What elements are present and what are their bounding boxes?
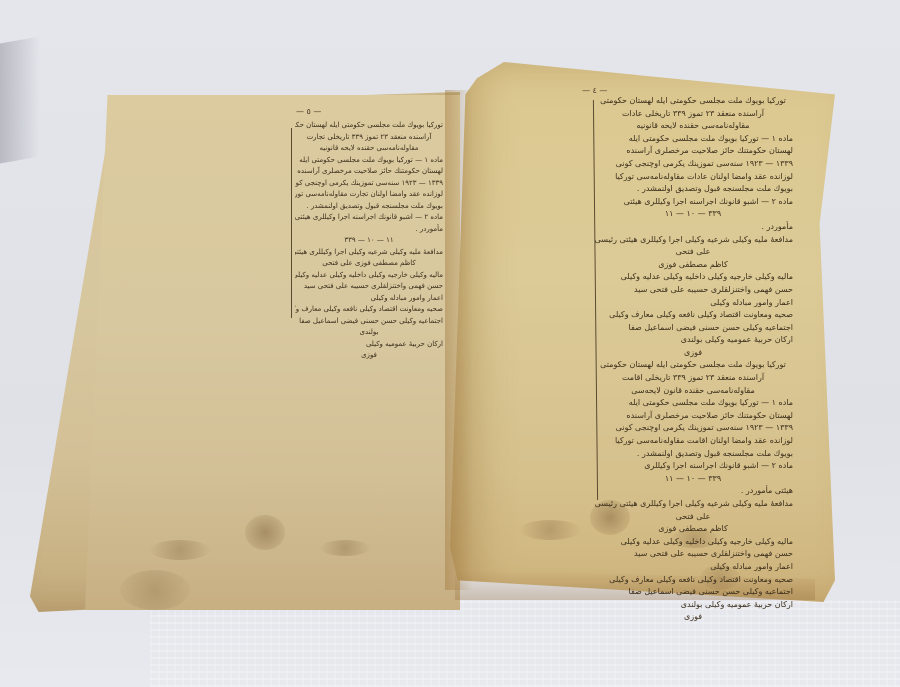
text-line: آراسنده منعقد ٢٣ تموز ٣٣٩ تاريخلى عادات xyxy=(593,108,793,121)
text-line: بويوك ملت مجلسنجه قبول وتصديق اولنمشدر . xyxy=(593,448,793,461)
text-line: لهستان حكومتنك حائز صلاحيت مرخصلرى آراسن… xyxy=(593,410,793,423)
left-page-text: توركيا بويوك ملت مجلسى حكومتى ايله لهستا… xyxy=(295,120,443,362)
text-line: ماده ١ — توركيا بويوك ملت مجلسى حكومتى ا… xyxy=(593,397,793,410)
left-page-number: — ٥ — xyxy=(296,107,321,116)
text-line: ماده ٢ — اشبو قانونك اجراسنه اجرا وكيللر… xyxy=(295,212,443,224)
signature-line: حسن فهمى واختنزلقلرى حسيبه على فتحى سيد xyxy=(295,281,443,293)
signature-line: صحيه ومعاونت اقتصاد وكيلى نافعه وكيلى مع… xyxy=(593,309,793,322)
text-line: لوزانده عقد وامضا اولنان عادات مقاوله‌نا… xyxy=(593,171,793,184)
text-line: هيئتى مأموردر . xyxy=(593,485,793,498)
text-line: ماده ١ — توركيا بويوك ملت مجلسى حكومتى ا… xyxy=(593,133,793,146)
text-line: مقاوله‌نامه‌سى حقنده لايحه قانونيه xyxy=(593,120,793,133)
text-line: توركيا بويوك ملت مجلسى حكومتى ايله لهستا… xyxy=(295,120,443,132)
signature-line: اجتماعيه وكيلى حسن حسنى فيضى اسماعيل صفا xyxy=(593,586,793,599)
water-stain xyxy=(120,570,190,610)
signature-line: حسن فهمى واختنزلقلرى حسيبه على فتحى سيد xyxy=(593,284,793,297)
signature-line: مدافعهٔ مليه وكيلى شرعيه وكيلى اجرا وكيل… xyxy=(295,247,443,259)
right-page-text: توركيا بويوك ملت مجلسى حكومتى ايله لهستا… xyxy=(593,95,793,624)
signature-line: اركان حربيهٔ عموميه وكيلى xyxy=(295,339,443,351)
signature-line: فوزى xyxy=(593,347,793,360)
text-line: آراسنده منعقد ٢٣ تموز ٣٣٩ تاريخلى تجارت xyxy=(295,132,443,144)
date-line: ٣٣٩ — ١٠ — ١١ xyxy=(593,473,793,486)
signature-line: اجتماعيه وكيلى حسن حسنى فيضى اسماعيل صفا xyxy=(295,316,443,328)
text-line: آراسنده منعقد ٢٣ تموز ٣٣٩ تاريخلى اقامت xyxy=(593,372,793,385)
text-line: توركيا بويوك ملت مجلسى حكومتى ايله لهستا… xyxy=(593,359,793,372)
signature-line: كاظم مصطفى فوزى xyxy=(593,259,793,272)
signature-line: صحيه ومعاونت اقتصاد وكيلى نافعه وكيلى مع… xyxy=(295,304,443,316)
signature-line: فوزى xyxy=(593,611,793,624)
water-stain xyxy=(320,540,370,556)
signature-line: ماليه وكيلى خارجيه وكيلى داخليه وكيلى عد… xyxy=(593,271,793,284)
text-line: مأموردر . xyxy=(593,221,793,234)
signature-line: ماليه وكيلى خارجيه وكيلى داخليه وكيلى عد… xyxy=(295,270,443,282)
signature-line: على فتحى xyxy=(593,511,793,524)
signature-line: حسن فهمى واختنزلقلرى حسيبه على فتحى سيد xyxy=(593,548,793,561)
left-margin-rule xyxy=(291,128,292,318)
signature-line: اعمار وامور مبادله وكيلى xyxy=(295,293,443,305)
water-stain xyxy=(520,520,580,540)
signature-line: كاظم مصطفى فوزى على فتحى xyxy=(295,258,443,270)
text-line: مقاوله‌نامه‌سى حقنده لايحه قانونيه xyxy=(295,143,443,155)
text-line: بويوك ملت مجلسنجه قبول وتصديق اولنمشدر . xyxy=(593,183,793,196)
signature-line: مدافعهٔ مليه وكيلى شرعيه وكيلى اجرا وكيل… xyxy=(593,498,793,511)
water-stain xyxy=(150,540,210,560)
text-line: ماده ١ — توركيا بويوك ملت مجلسى حكومتى ا… xyxy=(295,155,443,167)
text-line: لهستان حكومتنك حائز صلاحيت مرخصلرى آراسن… xyxy=(295,166,443,178)
signature-line: اركان حربيهٔ عموميه وكيلى بولندى xyxy=(593,334,793,347)
text-line: بويوك ملت مجلسنجه قبول وتصديق اولنمشدر . xyxy=(295,201,443,213)
signature-line: اركان حربيهٔ عموميه وكيلى بولندى xyxy=(593,599,793,612)
date-line: ٣٣٩ — ١٠ — ١١ xyxy=(593,208,793,221)
water-stain xyxy=(245,515,285,550)
text-line: لوزانده عقد وامضا اولنان اقامت مقاوله‌نا… xyxy=(593,435,793,448)
signature-line: كاظم مصطفى فوزى xyxy=(593,523,793,536)
signature-line: فوزى xyxy=(295,350,443,362)
text-line: لهستان حكومتنك حائز صلاحيت مرخصلرى آراسن… xyxy=(593,145,793,158)
book-gutter xyxy=(445,90,473,590)
text-line: ١٣٣٩ — ١٩٢٣ سنه‌سى تموزينك يكرمى اوچنجى … xyxy=(295,178,443,190)
background-shadow xyxy=(0,36,40,163)
text-line: مأموردر . xyxy=(295,224,443,236)
signature-line: على فتحى xyxy=(593,246,793,259)
signature-line: صحيه ومعاونت اقتصاد وكيلى نافعه وكيلى مع… xyxy=(593,574,793,587)
text-line: ماده ٢ — اشبو قانونك اجراسنه اجرا وكيللر… xyxy=(593,460,793,473)
date-line: ١١ — ١٠ — ٣٣٩ xyxy=(295,235,443,247)
signature-line: اعمار وامور مبادله وكيلى xyxy=(593,561,793,574)
signature-line: اعمار وامور مبادله وكيلى xyxy=(593,297,793,310)
text-line: ماده ٢ — اشبو قانونك اجراسنه اجرا وكيللر… xyxy=(593,196,793,209)
signature-line: اجتماعيه وكيلى حسن حسنى فيضى اسماعيل صفا xyxy=(593,322,793,335)
text-line: ١٣٣٩ — ١٩٢٣ سنه‌سى تموزينك يكرمى اوچنجى … xyxy=(593,422,793,435)
text-line: لوزانده عقد وامضا اولنان تجارت مقاوله‌نا… xyxy=(295,189,443,201)
text-line: مقاوله‌نامه‌سى حقنده قانون لايحه‌سى xyxy=(593,385,793,398)
text-line: توركيا بويوك ملت مجلسى حكومتى ايله لهستا… xyxy=(593,95,793,108)
signature-line: مدافعهٔ مليه وكيلى شرعيه وكيلى اجرا وكيل… xyxy=(593,234,793,247)
signature-line: ماليه وكيلى خارجيه وكيلى داخليه وكيلى عد… xyxy=(593,536,793,549)
right-page-number: — ٤ — xyxy=(582,86,607,95)
signature-line: بولندى xyxy=(295,327,443,339)
text-line: ١٣٣٩ — ١٩٢٣ سنه‌سى تموزينك يكرمى اوچنجى … xyxy=(593,158,793,171)
